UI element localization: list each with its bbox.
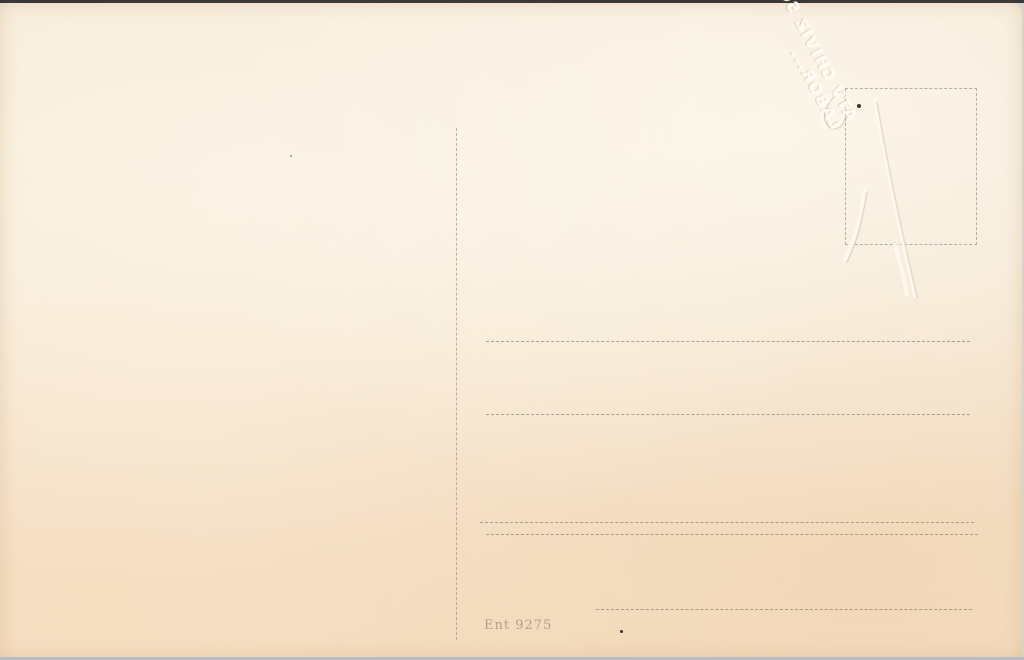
address-line-2: [486, 414, 970, 415]
address-line-3a: [480, 522, 974, 523]
address-line-4: [596, 609, 972, 610]
ink-speck: [620, 630, 623, 633]
ink-speck: [857, 104, 861, 108]
address-line-1: [486, 341, 970, 342]
address-line-3b: [486, 534, 978, 535]
ink-speck: [290, 155, 292, 157]
print-code: Ent 9275: [484, 618, 552, 633]
message-address-divider: [456, 128, 457, 640]
